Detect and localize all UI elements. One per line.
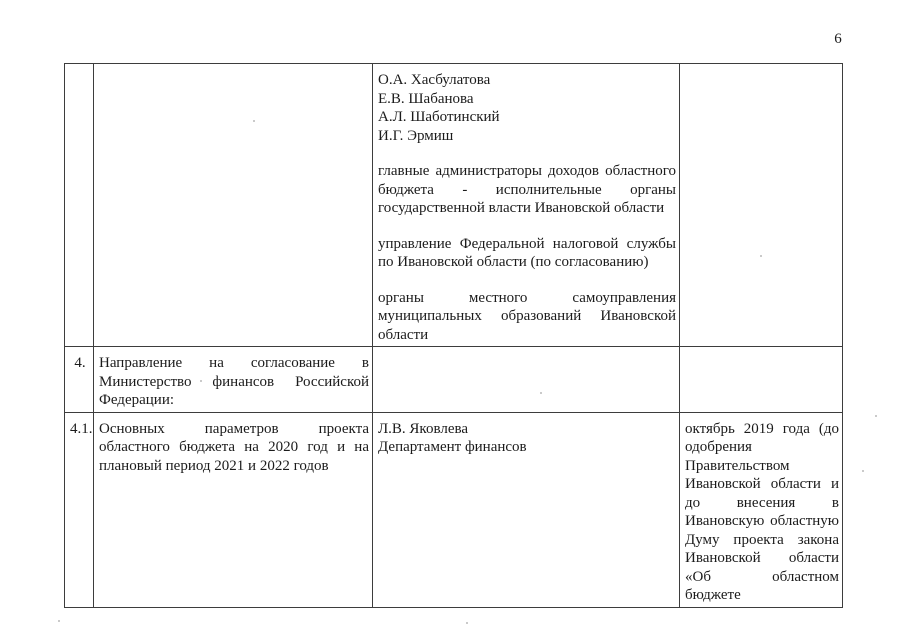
responsible-name: Л.В. Яковлева (378, 420, 676, 439)
responsible-paragraph: управление Федеральной налоговой службы … (378, 235, 676, 272)
cell-responsible: Л.В. Яковлева Департамент финансов (373, 412, 680, 607)
task-text: Направление на согласование в Министерст… (99, 354, 369, 410)
scan-noise-dot (200, 380, 202, 382)
cell-deadline: октябрь 2019 года (до одобрения Правител… (680, 412, 843, 607)
scan-noise-dot (253, 120, 255, 122)
page-number: 6 (824, 30, 852, 48)
cell-task: Направление на согласование в Министерст… (94, 347, 373, 413)
cell-responsible: О.А. Хасбулатова Е.В. Шабанова А.Л. Шабо… (373, 64, 680, 347)
responsible-paragraph: органы местного самоуправления муниципал… (378, 289, 676, 345)
deadline-text: октябрь 2019 года (до одобрения Правител… (685, 420, 839, 605)
cell-responsible (373, 347, 680, 413)
cell-item-number: 4.1. (65, 412, 94, 607)
responsible-name: О.А. Хасбулатова (378, 71, 676, 90)
cell-deadline (680, 64, 843, 347)
cell-task: Основных параметров проекта областного б… (94, 412, 373, 607)
scan-noise-dot (875, 415, 877, 417)
responsible-department: Департамент финансов (378, 438, 676, 457)
cell-item-number: 4. (65, 347, 94, 413)
scan-noise-dot (466, 622, 468, 624)
schedule-table: О.А. Хасбулатова Е.В. Шабанова А.Л. Шабо… (64, 63, 843, 608)
table-row-continuation: О.А. Хасбулатова Е.В. Шабанова А.Л. Шабо… (65, 64, 843, 347)
responsible-name: А.Л. Шаботинский (378, 108, 676, 127)
cell-item-number (65, 64, 94, 347)
scan-noise-dot (862, 470, 864, 472)
scan-noise-dot (58, 620, 60, 622)
responsible-name: Е.В. Шабанова (378, 90, 676, 109)
task-text: Основных параметров проекта областного б… (99, 420, 369, 476)
cell-task (94, 64, 373, 347)
table-row-item-4-1: 4.1. Основных параметров проекта областн… (65, 412, 843, 607)
responsible-paragraph: главные администраторы доходов областног… (378, 162, 676, 218)
cell-deadline (680, 347, 843, 413)
scan-noise-dot (760, 255, 762, 257)
table-row-item-4: 4. Направление на согласование в Министе… (65, 347, 843, 413)
responsible-name: И.Г. Эрмиш (378, 127, 676, 146)
scan-noise-dot (540, 392, 542, 394)
scanned-document-page: 6 О.А. Хасбулатова Е.В. Шабанова А.Л. Ша… (0, 0, 905, 640)
